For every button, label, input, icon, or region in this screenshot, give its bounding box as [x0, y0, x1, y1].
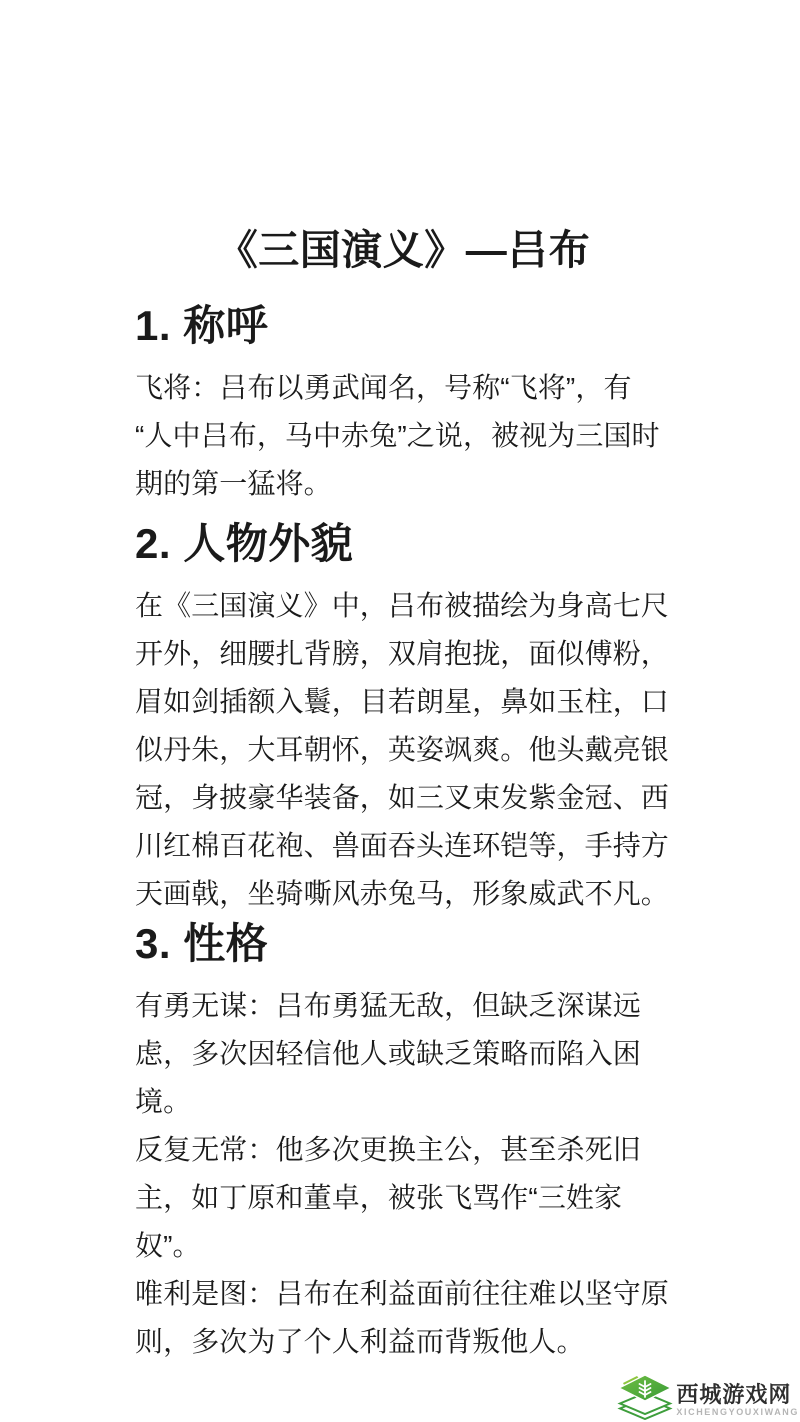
section-heading: 3. 性格	[135, 918, 672, 970]
section-heading: 1. 称呼	[135, 300, 672, 352]
paragraph-line: 眉如剑插额入鬟，目若朗星，鼻如玉柱，口	[135, 678, 672, 726]
paragraph-line: 奴”。	[135, 1222, 672, 1270]
paragraph-line: 似丹朱，大耳朝怀，英姿飒爽。他头戴亮银	[135, 726, 672, 774]
wheat-sheaf-logo-icon	[616, 1374, 674, 1420]
paragraph: 在《三国演义》中，吕布被描绘为身高七尺 开外，细腰扎背膀，双肩抱拢，面似傅粉， …	[135, 582, 672, 918]
section-appearance: 2. 人物外貌 在《三国演义》中，吕布被描绘为身高七尺 开外，细腰扎背膀，双肩抱…	[135, 518, 672, 918]
paragraph-line: 唯利是图：吕布在利益面前往往难以坚守原	[135, 1270, 672, 1318]
paragraph-line: 反复无常：他多次更换主公，甚至杀死旧	[135, 1126, 672, 1174]
section-heading: 2. 人物外貌	[135, 518, 672, 570]
paragraph-line: 冠，身披豪华装备，如三叉束发紫金冠、西	[135, 774, 672, 822]
paragraph-line: 有勇无谋：吕布勇猛无敌，但缺乏深谋远	[135, 982, 672, 1030]
site-name-latin: XICHENGYOUXIWANG	[676, 1407, 799, 1418]
paragraph-line: 境。	[135, 1078, 672, 1126]
paragraph-line: 主，如丁原和董卓，被张飞骂作“三姓家	[135, 1174, 672, 1222]
page-title: 《三国演义》—吕布	[135, 222, 672, 278]
site-name: 西城游戏网	[676, 1383, 791, 1407]
paragraph: 飞将：吕布以勇武闻名，号称“飞将”，有 “人中吕布，马中赤兔”之说，被视为三国时…	[135, 364, 672, 508]
paragraph-line: 在《三国演义》中，吕布被描绘为身高七尺	[135, 582, 672, 630]
paragraph: 有勇无谋：吕布勇猛无敌，但缺乏深谋远 虑，多次因轻信他人或缺乏策略而陷入困 境。…	[135, 982, 672, 1366]
paragraph-line: 开外，细腰扎背膀，双肩抱拢，面似傅粉，	[135, 630, 672, 678]
section-naming: 1. 称呼 飞将：吕布以勇武闻名，号称“飞将”，有 “人中吕布，马中赤兔”之说，…	[135, 300, 672, 508]
paragraph-line: 天画戟，坐骑嘶风赤兔马，形象威武不凡。	[135, 870, 672, 918]
paragraph-line: 虑，多次因轻信他人或缺乏策略而陷入困	[135, 1030, 672, 1078]
paragraph-line: 川红棉百花袍、兽面吞头连环铠等，手持方	[135, 822, 672, 870]
paragraph-line: 期的第一猛将。	[135, 460, 672, 508]
paragraph-line: “人中吕布，马中赤兔”之说，被视为三国时	[135, 412, 672, 460]
paragraph-line: 飞将：吕布以勇武闻名，号称“飞将”，有	[135, 364, 672, 412]
site-watermark: 西城游戏网 XICHENGYOUXIWANG	[616, 1374, 799, 1420]
section-personality: 3. 性格 有勇无谋：吕布勇猛无敌，但缺乏深谋远 虑，多次因轻信他人或缺乏策略而…	[135, 918, 672, 1366]
paragraph-line: 则，多次为了个人利益而背叛他人。	[135, 1318, 672, 1366]
watermark-text: 西城游戏网 XICHENGYOUXIWANG	[676, 1383, 799, 1420]
article: 《三国演义》—吕布 1. 称呼 飞将：吕布以勇武闻名，号称“飞将”，有 “人中吕…	[0, 222, 800, 1366]
